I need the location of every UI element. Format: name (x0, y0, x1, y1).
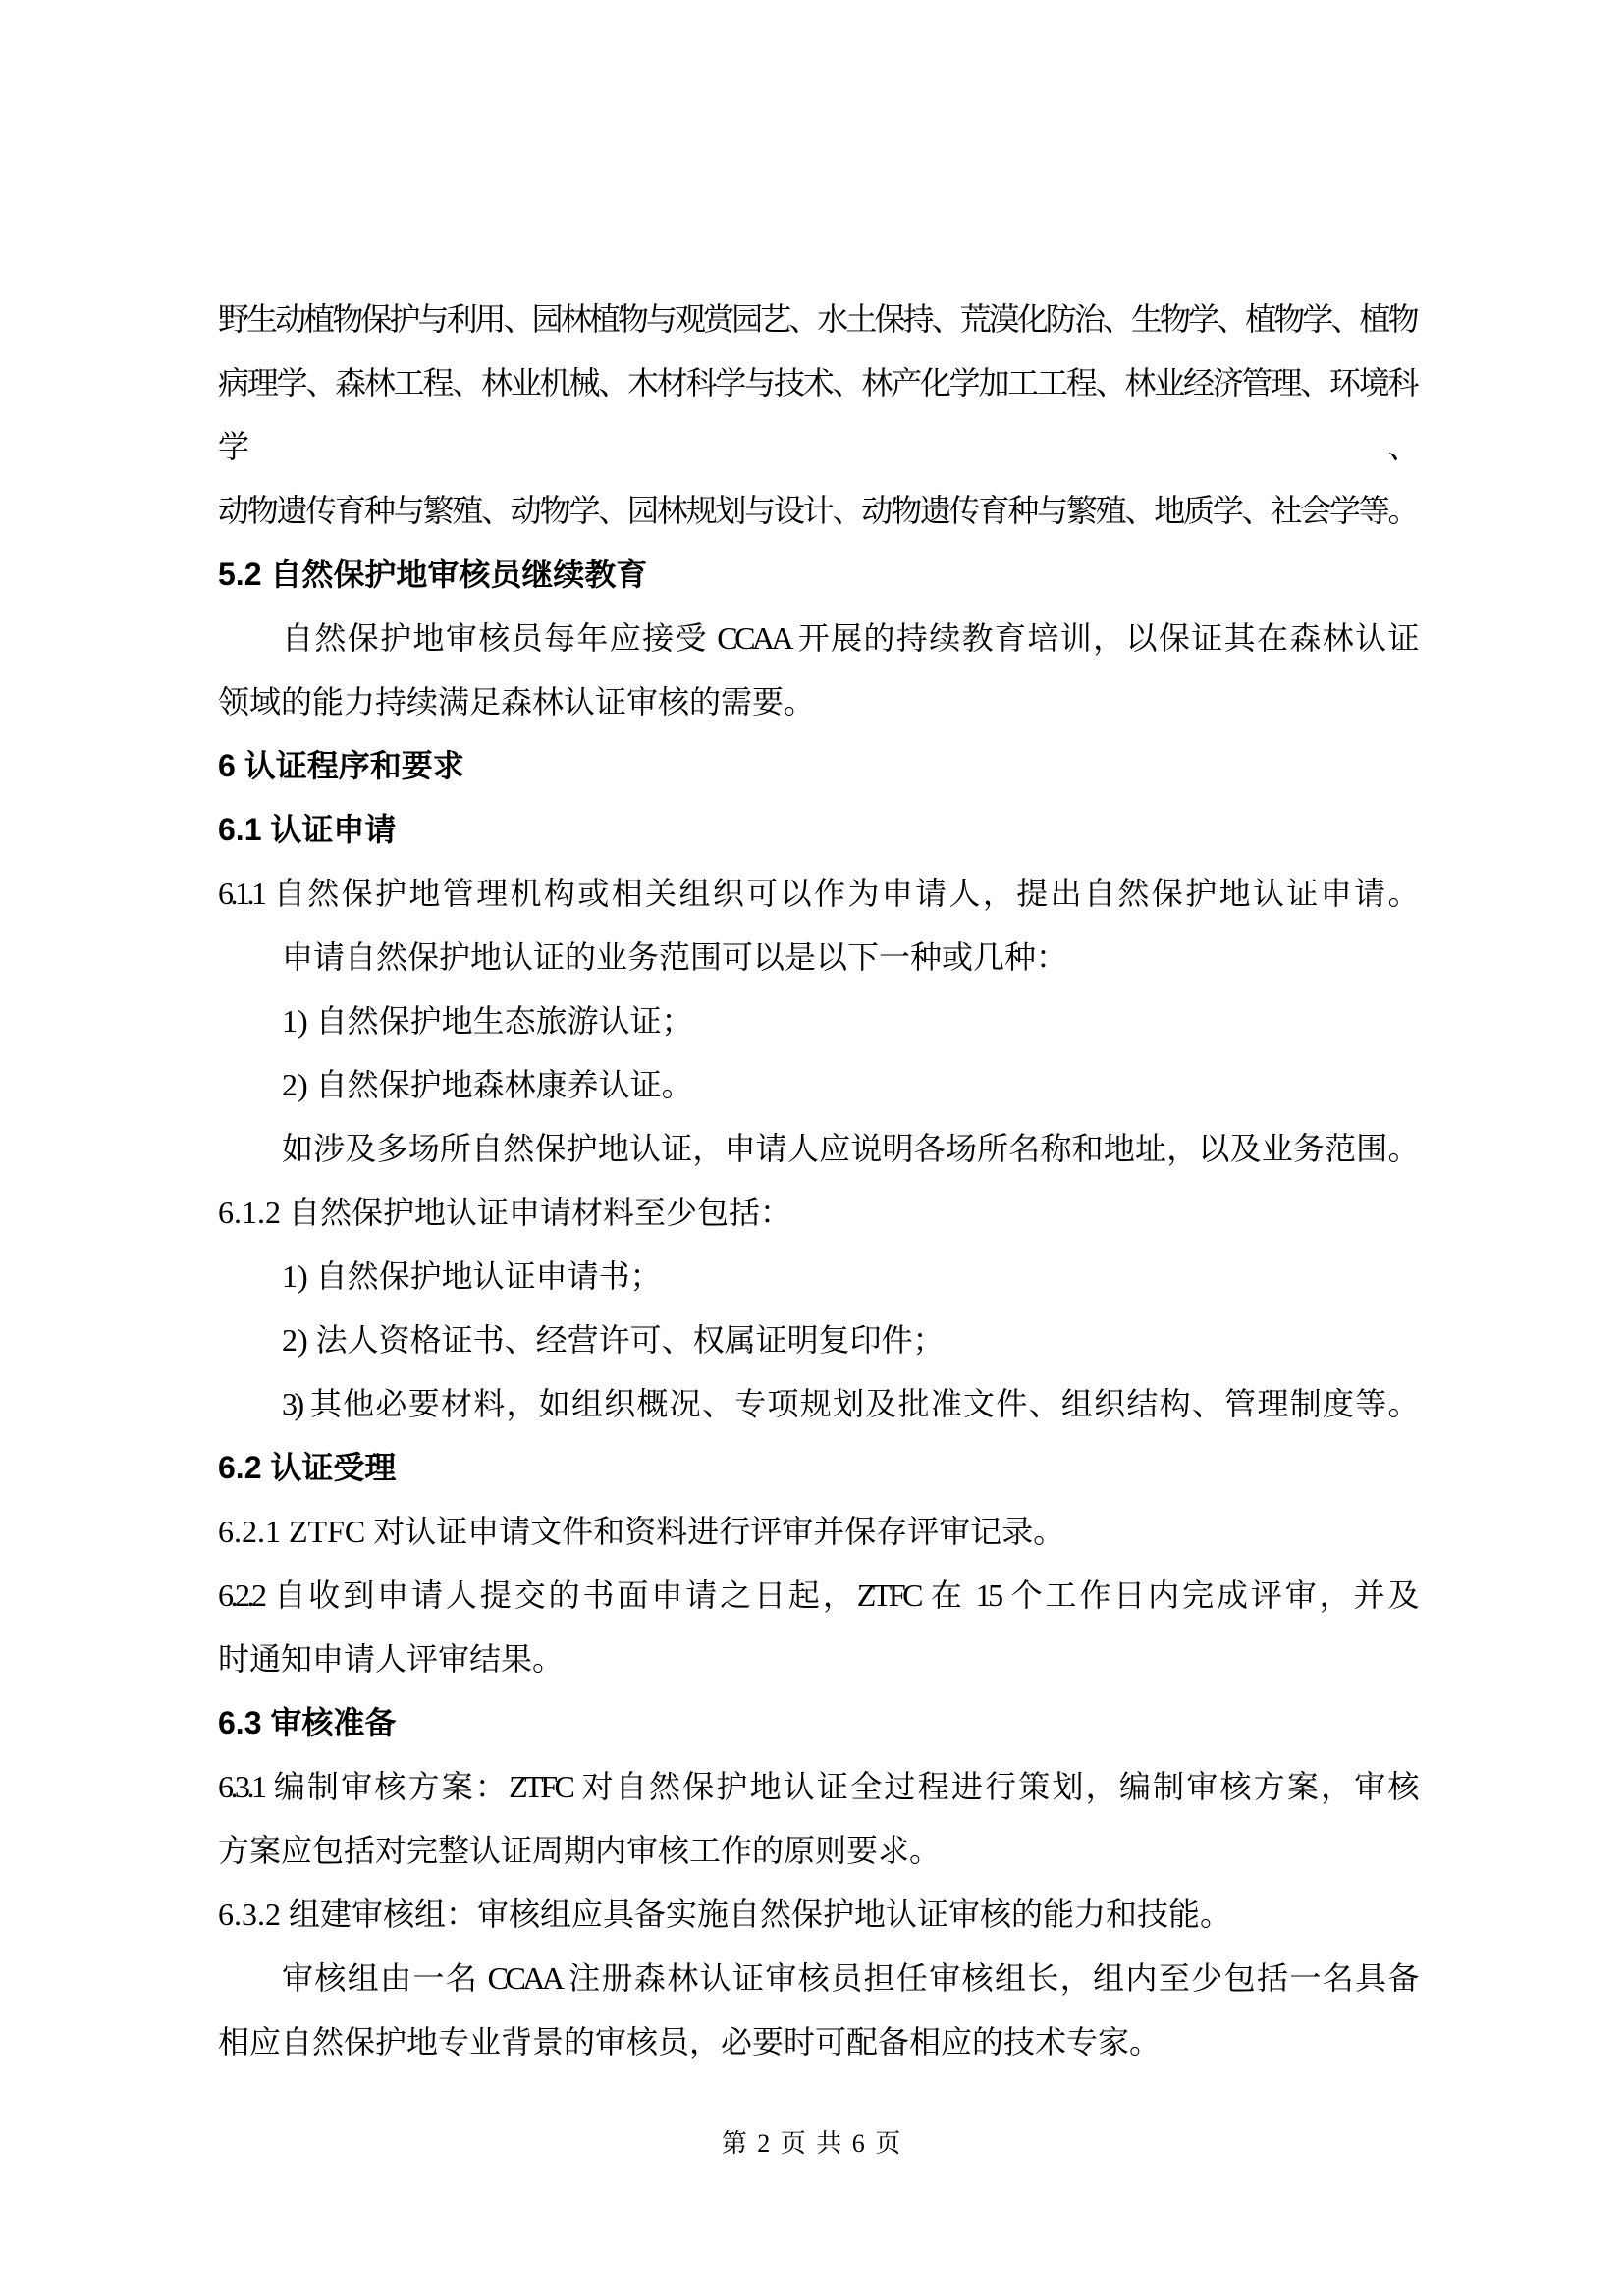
document-page: 野生动植物保护与利用、园林植物与观赏园艺、水土保持、荒漠化防治、生物学、植物学、… (0, 0, 1624, 2296)
para-6-3-2: 6.3.2 组建审核组：审核组应具备实施自然保护地认证审核的能力和技能。 (218, 1883, 1416, 1947)
para-6-3-1-line-2: 方案应包括对完整认证周期内审核工作的原则要求。 (218, 1819, 1416, 1883)
para-scope-intro: 申请自然保护地认证的业务范围可以是以下一种或几种： (218, 926, 1416, 989)
para-disciplines-line-1: 野生动植物保护与利用、园林植物与观赏园艺、水土保持、荒漠化防治、生物学、植物学、… (218, 288, 1416, 351)
list-item-application-form: 1) 自然保护地认证申请书； (218, 1245, 1416, 1308)
para-audit-team-line-1: 审核组由一名 CCAA 注册森林认证审核员担任审核组长，组内至少包括一名具备 (218, 1947, 1416, 2010)
para-audit-team-line-2: 相应自然保护地专业背景的审核员，必要时可配备相应的技术专家。 (218, 2010, 1416, 2074)
document-body: 野生动植物保护与利用、园林植物与观赏园艺、水土保持、荒漠化防治、生物学、植物学、… (218, 288, 1416, 2074)
para-disciplines-line-2: 病理学、森林工程、林业机械、木材科学与技术、林产化学加工工程、林业经济管理、环境… (218, 351, 1416, 479)
list-item-certificates: 2) 法人资格证书、经营许可、权属证明复印件； (218, 1308, 1416, 1372)
para-6-1-2: 6.1.2 自然保护地认证申请材料至少包括： (218, 1181, 1416, 1245)
heading-6-1: 6.1 认证申请 (218, 798, 1416, 862)
para-5-2-line-2: 领域的能力持续满足森林认证审核的需要。 (218, 670, 1416, 734)
para-disciplines-line-3: 动物遗传育种与繁殖、动物学、园林规划与设计、动物遗传育种与繁殖、地质学、社会学等… (218, 479, 1416, 543)
heading-6: 6 认证程序和要求 (218, 734, 1416, 798)
list-item-other-materials: 3) 其他必要材料，如组织概况、专项规划及批准文件、组织结构、管理制度等。 (218, 1372, 1416, 1436)
heading-6-2: 6.2 认证受理 (218, 1436, 1416, 1500)
para-6-2-2-line-1: 6.2.2 自收到申请人提交的书面申请之日起，ZTFC 在 15 个工作日内完成… (218, 1564, 1416, 1628)
para-6-1-1: 6.1.1 自然保护地管理机构或相关组织可以作为申请人，提出自然保护地认证申请。 (218, 862, 1416, 926)
heading-5-2: 5.2 自然保护地审核员继续教育 (218, 543, 1416, 607)
para-5-2-line-1: 自然保护地审核员每年应接受 CCAA 开展的持续教育培训，以保证其在森林认证 (218, 607, 1416, 670)
para-6-2-1: 6.2.1 ZTFC 对认证申请文件和资料进行评审并保存评审记录。 (218, 1500, 1416, 1564)
para-6-2-2-line-2: 时通知申请人评审结果。 (218, 1628, 1416, 1691)
para-multisite: 如涉及多场所自然保护地认证，申请人应说明各场所名称和地址，以及业务范围。 (218, 1117, 1416, 1181)
page-number: 第 2 页 共 6 页 (0, 2128, 1624, 2160)
heading-6-3: 6.3 审核准备 (218, 1691, 1416, 1755)
list-item-ecotourism: 1) 自然保护地生态旅游认证； (218, 989, 1416, 1053)
list-item-forest-wellness: 2) 自然保护地森林康养认证。 (218, 1053, 1416, 1117)
para-6-3-1-line-1: 6.3.1 编制审核方案：ZTFC 对自然保护地认证全过程进行策划，编制审核方案… (218, 1755, 1416, 1819)
